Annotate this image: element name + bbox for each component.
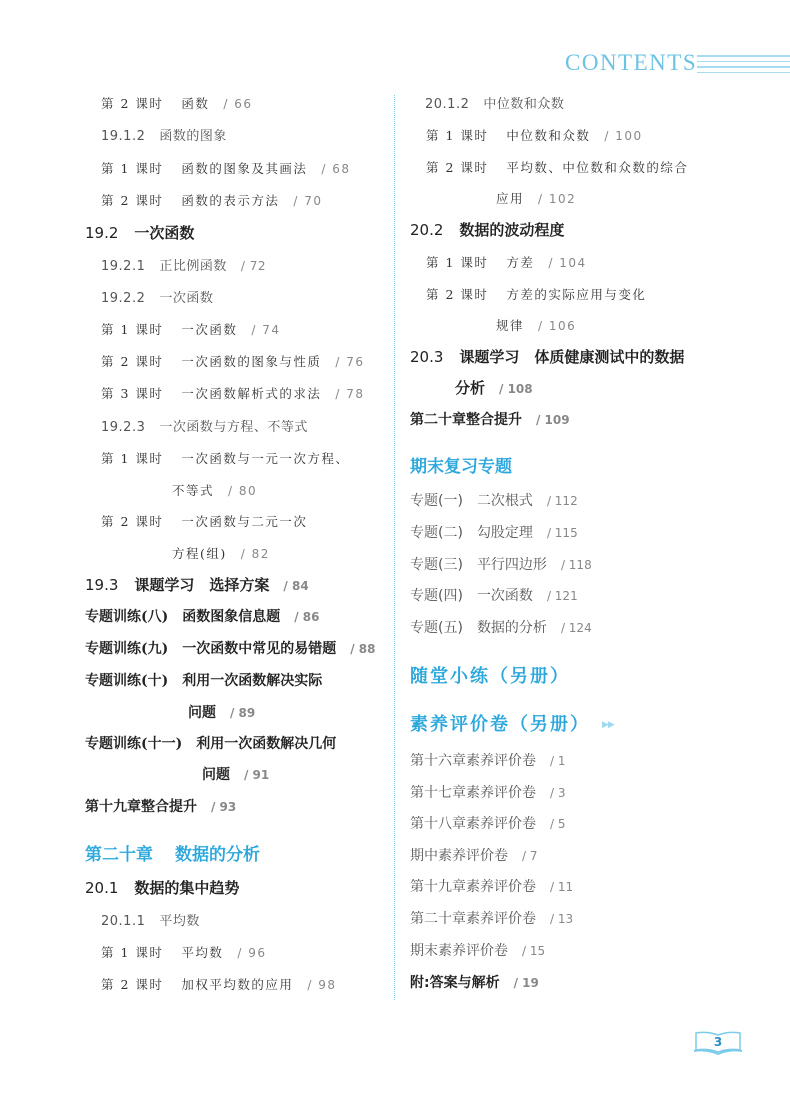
entry-title: 不等式 [172, 483, 214, 498]
entry-title: 正比例函数 [159, 259, 227, 274]
chapter-title: 数据的分析 [175, 845, 260, 865]
page-ref: / 78 [335, 387, 364, 401]
section-title: 数据的集中趋势 [134, 879, 239, 897]
entry-title: 一次函数与一元一次方程、 [181, 451, 349, 466]
page-ref: / 109 [536, 413, 570, 427]
toc-entry-continuation[interactable]: 方程(组)/ 82 [172, 548, 270, 561]
page-ref: / 82 [241, 547, 270, 561]
lesson-label: 第 1 课时 [426, 128, 488, 143]
page-ref: / 11 [550, 880, 573, 894]
toc-subsection[interactable]: 19.2.2一次函数 [101, 292, 213, 305]
page-ref: / 106 [538, 319, 576, 333]
toc-topic[interactable]: 专题训练(十)利用一次函数解决实际 [85, 674, 322, 688]
toc-subsection[interactable]: 19.1.2函数的图象 [101, 130, 227, 143]
page-ref: / 70 [293, 194, 322, 208]
toc-entry[interactable]: 第 1 课时一次函数/ 74 [101, 324, 281, 337]
entry-title: 二次根式 [477, 493, 533, 509]
topic-label: 专题(四) [410, 588, 463, 604]
entry-title: 函数图象信息题 [182, 609, 280, 625]
page-ref: / 7 [522, 849, 538, 863]
toc-chapter-heading[interactable]: 第二十章数据的分析 [85, 847, 260, 864]
lesson-label: 第 1 课时 [101, 451, 163, 466]
topic-label: 专题(三) [410, 557, 463, 573]
page-ref: / 74 [251, 323, 280, 337]
topic-label: 专题(一) [410, 493, 463, 509]
page-ref: / 104 [548, 256, 586, 270]
page-ref: / 1 [550, 754, 566, 768]
page-ref: / 108 [499, 382, 533, 396]
page-ref: / 86 [294, 610, 319, 624]
entry-title: 第十九章素养评价卷 [410, 879, 536, 895]
entry-title: 加权平均数的应用 [181, 977, 293, 992]
toc-section-continuation[interactable]: 分析/ 108 [455, 381, 533, 396]
page-ref: / 115 [547, 526, 578, 540]
topic-label: 专题训练(十一) [85, 736, 182, 752]
entry-title: 期中素养评价卷 [410, 848, 508, 864]
entry-title: 方差的实际应用与变化 [506, 287, 646, 302]
lesson-label: 第 2 课时 [101, 977, 163, 992]
entry-title: 中位数和众数 [506, 128, 590, 143]
page-ref: / 91 [244, 768, 269, 782]
entry-title: 问题 [202, 767, 230, 783]
toc-assessment[interactable]: 期中素养评价卷/ 7 [410, 849, 538, 863]
lesson-label: 第 2 课时 [101, 193, 163, 208]
toc-entry[interactable]: 第 2 课时一次函数与二元一次 [101, 516, 307, 529]
topic-label: 专题训练(八) [85, 609, 168, 625]
entry-title: 附:答案与解析 [410, 975, 500, 991]
toc-entry[interactable]: 第 2 课时平均数、中位数和众数的综合 [426, 162, 688, 175]
toc-assessment[interactable]: 第十六章素养评价卷/ 1 [410, 754, 566, 768]
lesson-label: 第 3 课时 [101, 386, 163, 401]
page-ref: / 93 [211, 800, 236, 814]
page-ref: / 98 [307, 978, 336, 992]
entry-title: 第二十章素养评价卷 [410, 911, 536, 927]
lesson-label: 第 1 课时 [101, 945, 163, 960]
toc-section[interactable]: 19.2一次函数 [85, 226, 194, 241]
entry-title: 函数 [181, 96, 209, 111]
toc-entry[interactable]: 第 1 课时中位数和众数/ 100 [426, 130, 643, 143]
lesson-label: 第 1 课时 [101, 322, 163, 337]
topic-label: 专题(五) [410, 620, 463, 636]
entry-title: 平均数 [181, 945, 223, 960]
topic-label: 专题训练(十) [85, 673, 168, 689]
entry-title: 第十八章素养评价卷 [410, 816, 536, 832]
subsection-number: 20.1.2 [425, 97, 469, 112]
page-ref: / 84 [283, 579, 308, 593]
toc-assessment[interactable]: 期末素养评价卷/ 15 [410, 944, 545, 958]
page-ref: / 124 [561, 621, 592, 635]
page-ref: / 100 [604, 129, 642, 143]
page-ref: / 66 [223, 97, 252, 111]
page-ref: / 102 [538, 192, 576, 206]
toc-entry[interactable]: 第 3 课时一次函数解析式的求法/ 78 [101, 388, 365, 401]
lesson-label: 第 2 课时 [101, 354, 163, 369]
entry-title: 问题 [188, 705, 216, 721]
entry-title: 利用一次函数解决几何 [196, 736, 336, 752]
entry-title: 平行四边形 [477, 557, 547, 573]
toc-entry[interactable]: 第 2 课时方差的实际应用与变化 [426, 289, 646, 302]
toc-topic[interactable]: 专题(三)平行四边形/ 118 [410, 558, 592, 572]
page-ref: / 121 [547, 589, 578, 603]
toc-entry[interactable]: 第 1 课时平均数/ 96 [101, 947, 267, 960]
page-ref: / 72 [241, 259, 266, 273]
contents-title: CONTENTS [565, 50, 697, 76]
page-number: 3 [693, 1035, 743, 1049]
entry-title: 一次函数中常见的易错题 [182, 641, 336, 657]
toc-topic[interactable]: 专题训练(九)一次函数中常见的易错题/ 88 [85, 642, 376, 656]
entry-title: 勾股定理 [477, 525, 533, 541]
page-ref: / 118 [561, 558, 592, 572]
toc-entry[interactable]: 第 2 课时函数/ 66 [101, 98, 253, 111]
toc-assessment[interactable]: 第十九章素养评价卷/ 11 [410, 880, 573, 894]
heading-title: 素养评价卷（另册） [410, 714, 590, 735]
section-number: 20.3 [410, 348, 443, 366]
page-ref: / 13 [550, 912, 573, 926]
toc-assessment[interactable]: 第十八章素养评价卷/ 5 [410, 817, 566, 831]
page-ref: / 88 [350, 642, 375, 656]
section-number: 20.2 [410, 221, 443, 239]
toc-subsection[interactable]: 20.1.1平均数 [101, 915, 200, 928]
entry-title: 期末素养评价卷 [410, 943, 508, 959]
page-number-badge: 3 [693, 1030, 743, 1054]
toc-section[interactable]: 20.1数据的集中趋势 [85, 881, 239, 896]
lesson-label: 第 2 课时 [426, 287, 488, 302]
double-arrow-icon: ▶▶ [602, 720, 614, 730]
assessment-booklet-heading[interactable]: 素养评价卷（另册）▶▶ [410, 716, 614, 734]
subsection-number: 19.2.1 [101, 259, 145, 274]
entry-title: 一次函数与方程、不等式 [159, 420, 308, 435]
toc-section[interactable]: 20.2数据的波动程度 [410, 223, 564, 238]
page-ref: / 80 [228, 484, 257, 498]
practice-booklet-heading[interactable]: 随堂小练（另册） [410, 668, 570, 686]
toc-topic[interactable]: 专题(四)一次函数/ 121 [410, 589, 578, 603]
toc-subsection[interactable]: 19.2.3一次函数与方程、不等式 [101, 421, 308, 434]
entry-title: 方差 [506, 255, 534, 270]
page-ref: / 19 [514, 976, 539, 990]
section-title: 课题学习 选择方案 [134, 576, 269, 594]
toc-review[interactable]: 第二十章整合提升/ 109 [410, 413, 570, 427]
page-ref: / 96 [237, 946, 266, 960]
lesson-label: 第 2 课时 [426, 160, 488, 175]
entry-title: 函数的表示方法 [181, 193, 279, 208]
toc-entry[interactable]: 第 1 课时一次函数与一元一次方程、 [101, 453, 349, 466]
toc-section[interactable]: 19.3课题学习 选择方案/ 84 [85, 578, 309, 593]
subsection-number: 19.1.2 [101, 129, 145, 144]
header-decorative-lines [697, 55, 790, 75]
page-ref: / 112 [547, 494, 578, 508]
entry-title: 平均数 [159, 914, 200, 929]
entry-title: 数据的分析 [477, 620, 547, 636]
entry-title: 一次函数的图象与性质 [181, 354, 321, 369]
page-ref: / 89 [230, 706, 255, 720]
toc-entry[interactable]: 第 1 课时函数的图象及其画法/ 68 [101, 163, 351, 176]
section-number: 19.3 [85, 576, 118, 594]
entry-title: 一次函数解析式的求法 [181, 386, 321, 401]
section-title: 一次函数 [134, 224, 194, 242]
page-ref: / 5 [550, 817, 566, 831]
topic-label: 专题(二) [410, 525, 463, 541]
toc-topic[interactable]: 专题(一)二次根式/ 112 [410, 494, 578, 508]
toc-entry[interactable]: 第 2 课时加权平均数的应用/ 98 [101, 979, 337, 992]
section-title: 分析 [455, 379, 485, 397]
section-title: 课题学习 体质健康测试中的数据 [459, 348, 684, 366]
chapter-number: 第二十章 [85, 845, 153, 865]
entry-title: 第十七章素养评价卷 [410, 785, 536, 801]
toc-topic[interactable]: 专题(二)勾股定理/ 115 [410, 526, 578, 540]
toc-assessment[interactable]: 第十七章素养评价卷/ 3 [410, 786, 566, 800]
section-number: 19.2 [85, 224, 118, 242]
toc-topic[interactable]: 专题训练(八)函数图象信息题/ 86 [85, 610, 320, 624]
section-title: 数据的波动程度 [459, 221, 564, 239]
final-review-heading[interactable]: 期末复习专题 [410, 459, 512, 476]
toc-entry-continuation[interactable]: 不等式/ 80 [172, 485, 257, 498]
subsection-number: 19.2.3 [101, 420, 145, 435]
page-ref: / 76 [335, 355, 364, 369]
page-ref: / 15 [522, 944, 545, 958]
section-number: 20.1 [85, 879, 118, 897]
toc-topic[interactable]: 专题训练(十一)利用一次函数解决几何 [85, 737, 336, 751]
topic-label: 专题训练(九) [85, 641, 168, 657]
column-divider [394, 95, 395, 1000]
toc-subsection[interactable]: 19.2.1正比例函数/ 72 [101, 260, 266, 273]
lesson-label: 第 1 课时 [426, 255, 488, 270]
entry-title: 中位数和众数 [483, 97, 564, 112]
lesson-label: 第 1 课时 [101, 161, 163, 176]
entry-title: 一次函数 [159, 291, 213, 306]
page-ref: / 3 [550, 786, 566, 800]
toc-assessment[interactable]: 第二十章素养评价卷/ 13 [410, 912, 573, 926]
entry-title: 一次函数与二元一次 [181, 514, 307, 529]
entry-title: 函数的图象及其画法 [181, 161, 307, 176]
toc-entry-continuation[interactable]: 应用/ 102 [496, 193, 576, 206]
toc-review[interactable]: 第十九章整合提升/ 93 [85, 800, 236, 814]
entry-title: 第二十章整合提升 [410, 412, 522, 428]
entry-title: 规律 [496, 318, 524, 333]
lesson-label: 第 2 课时 [101, 514, 163, 529]
heading-title: 期末复习专题 [410, 457, 512, 477]
heading-title: 随堂小练（另册） [410, 666, 570, 687]
entry-title: 一次函数 [477, 588, 533, 604]
entry-title: 函数的图象 [159, 129, 227, 144]
toc-subsection[interactable]: 20.1.2中位数和众数 [425, 98, 564, 111]
toc-entry-continuation[interactable]: 规律/ 106 [496, 320, 576, 333]
entry-title: 方程(组) [172, 546, 227, 561]
toc-section[interactable]: 20.3课题学习 体质健康测试中的数据 [410, 350, 684, 365]
page-ref: / 68 [321, 162, 350, 176]
toc-entry[interactable]: 第 2 课时函数的表示方法/ 70 [101, 195, 323, 208]
lesson-label: 第 2 课时 [101, 96, 163, 111]
toc-entry[interactable]: 第 1 课时方差/ 104 [426, 257, 587, 270]
toc-entry[interactable]: 第 2 课时一次函数的图象与性质/ 76 [101, 356, 365, 369]
entry-title: 第十六章素养评价卷 [410, 753, 536, 769]
entry-title: 第十九章整合提升 [85, 799, 197, 815]
toc-topic[interactable]: 专题(五)数据的分析/ 124 [410, 621, 592, 635]
entry-title: 利用一次函数解决实际 [182, 673, 322, 689]
entry-title: 一次函数 [181, 322, 237, 337]
entry-title: 平均数、中位数和众数的综合 [506, 160, 688, 175]
toc-answers[interactable]: 附:答案与解析/ 19 [410, 976, 539, 990]
toc-topic-continuation[interactable]: 问题/ 91 [202, 768, 269, 782]
subsection-number: 20.1.1 [101, 914, 145, 929]
entry-title: 应用 [496, 191, 524, 206]
subsection-number: 19.2.2 [101, 291, 145, 306]
toc-topic-continuation[interactable]: 问题/ 89 [188, 706, 255, 720]
